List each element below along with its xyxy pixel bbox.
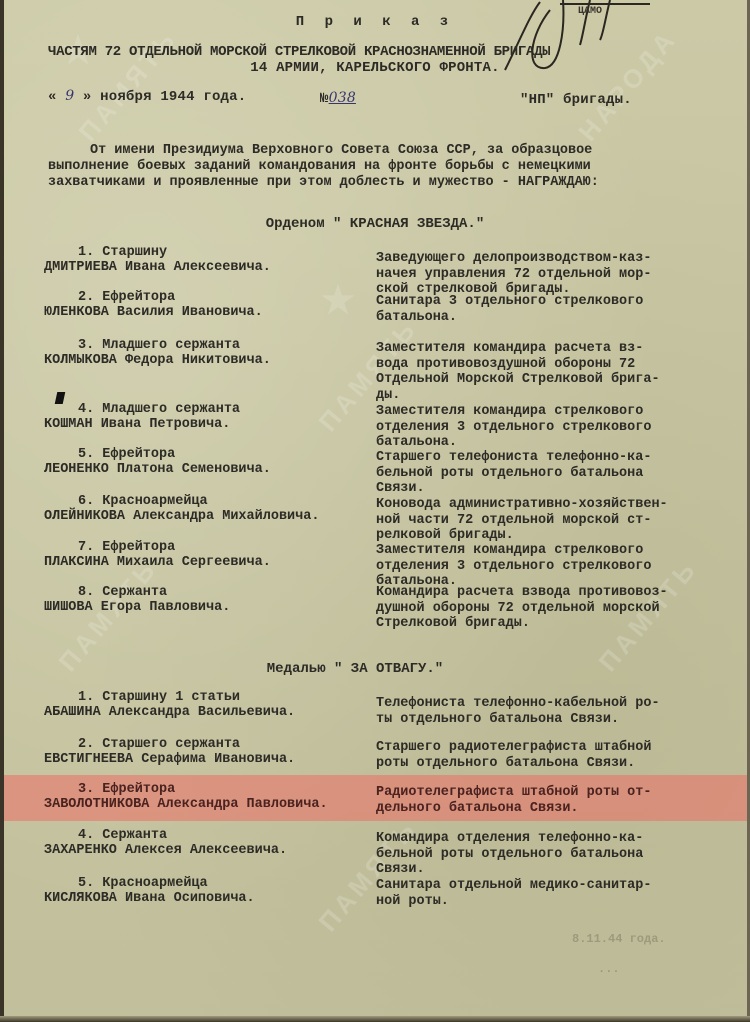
entry-rank: 7. Ефрейтора [78, 540, 175, 556]
position-line: релковой бригады. [376, 528, 726, 544]
entry-rank: 6. Красноармейца [78, 494, 208, 510]
position-line: Санитара отдельной медико-санитар- [376, 878, 726, 894]
entry-rank: 1. Старшину 1 статьи [78, 690, 240, 706]
entry-name: ШИШОВА Егора Павловича. [44, 600, 230, 616]
entry-rank: 3. Младшего сержанта [78, 338, 240, 354]
entry-rank: 5. Красноармейца [78, 876, 208, 892]
entry-rank: 1. Старшину [78, 245, 167, 261]
page-edge-bottom [0, 1016, 750, 1022]
entry-rank: 5. Ефрейтора [78, 447, 175, 463]
position-line: батальона. [376, 310, 726, 326]
entry-name: ДМИТРИЕВА Ивана Алексеевича. [44, 260, 271, 276]
entry-rank: 4. Сержанта [78, 828, 167, 844]
order-date: « 9 » ноября 1944 года. [48, 88, 246, 105]
preamble-line: выполнение боевых заданий командования н… [48, 159, 728, 175]
entry-rank: 4. Младшего сержанта [78, 402, 240, 418]
ink-mark [55, 392, 66, 404]
entry-name: ЗАХАРЕНКО Алексея Алексеевича. [44, 843, 287, 859]
position-line: Заместителя командира стрелкового [376, 543, 726, 559]
position-line: ной роты. [376, 894, 726, 910]
position-line: Стрелковой бригады. [376, 616, 726, 632]
entry-rank: 3. Ефрейтора [78, 782, 175, 798]
entry-position: Заведующего делопроизводством-каз- начея… [376, 251, 726, 298]
position-line: отделения 3 отдельного стрелкового [376, 420, 726, 436]
watermark-star-icon: ★ [320, 260, 356, 334]
entry-position: Санитара отдельной медико-санитар- ной р… [376, 878, 726, 909]
preamble-line: От имени Президиума Верховного Совета Со… [48, 143, 728, 159]
page-edge-left [0, 0, 4, 1022]
date-day: 9 [65, 88, 74, 104]
position-line: роты отдельного батальона Связи. [376, 756, 726, 772]
position-line: Командира расчета взвода противовоз- [376, 585, 726, 601]
section-heading-red-star: Орденом " КРАСНАЯ ЗВЕЗДА." [0, 216, 750, 232]
entry-position: Коновода административно-хозяйствен- ной… [376, 497, 726, 544]
position-line: Старшего телефониста телефонно-ка- [376, 450, 726, 466]
entry-position: Телефониста телефонно-кабельной ро- ты о… [376, 696, 726, 727]
position-line: Санитара 3 отдельного стрелкового [376, 294, 726, 310]
entry-name: КОЛМЫКОВА Федора Никитовича. [44, 353, 271, 369]
position-line: Коновода административно-хозяйствен- [376, 497, 726, 513]
position-line: Заведующего делопроизводством-каз- [376, 251, 726, 267]
position-line: Заместителя командира стрелкового [376, 404, 726, 420]
position-line: отделения 3 отдельного стрелкового [376, 559, 726, 575]
position-line: дельного батальона Связи. [376, 801, 726, 817]
brigade-label: "НП" бригады. [520, 92, 632, 108]
faint-bleedthrough-text: 8.11.44 года. [572, 932, 666, 946]
entry-position: Заместителя командира стрелкового отделе… [376, 404, 726, 451]
archive-document-page: ★ ПАМЯТЬ НАРОДА ★ ПАМЯТЬ ПАМЯТЬ ПАМЯТЬ П… [0, 0, 750, 1022]
watermark-text: ПАМЯТЬ [72, 23, 183, 147]
position-line: Связи. [376, 481, 726, 497]
position-line: Телефониста телефонно-кабельной ро- [376, 696, 726, 712]
position-line: душной обороны 72 отдельной морской [376, 601, 726, 617]
position-line: бельной роты отдельного батальона [376, 466, 726, 482]
faint-bleedthrough-text: ... [598, 962, 620, 976]
position-line: Связи. [376, 862, 726, 878]
position-line: ты отдельного батальона Связи. [376, 712, 726, 728]
position-line: Радиотелеграфиста штабной роты от- [376, 785, 726, 801]
stamp-underline [560, 3, 650, 5]
entry-name: ПЛАКСИНА Михаила Сергеевича. [44, 555, 271, 571]
position-line: ной части 72 отдельной морской ст- [376, 513, 726, 529]
entry-rank: 2. Старшего сержанта [78, 737, 240, 753]
entry-rank: 2. Ефрейтора [78, 290, 175, 306]
unit-line-2: 14 АРМИИ, КАРЕЛЬСКОГО ФРОНТА. [0, 60, 750, 76]
order-number: №038 [320, 90, 356, 107]
entry-position: Командира расчета взвода противовоз- душ… [376, 585, 726, 632]
position-line: вода противовоздушной обороны 72 [376, 357, 726, 373]
watermark-text: ПАМЯТЬ [52, 553, 163, 677]
entry-position: Санитара 3 отдельного стрелкового баталь… [376, 294, 726, 325]
entry-name: КИСЛЯКОВА Ивана Осиповича. [44, 891, 255, 907]
entry-position: Заместителя командира расчета вз- вода п… [376, 341, 726, 403]
entry-rank: 8. Сержанта [78, 585, 167, 601]
unit-line-1: ЧАСТЯМ 72 ОТДЕЛЬНОЙ МОРСКОЙ СТРЕЛКОВОЙ К… [48, 44, 550, 60]
position-line: Командира отделения телефонно-ка- [376, 831, 726, 847]
preamble-line: захватчиками и проявленные при этом добл… [48, 175, 728, 191]
entry-name: ЮЛЕНКОВА Василия Ивановича. [44, 305, 263, 321]
entry-position: Радиотелеграфиста штабной роты от- дельн… [376, 785, 726, 816]
date-month-year: ноября 1944 года. [100, 89, 246, 105]
entry-position: Заместителя командира стрелкового отделе… [376, 543, 726, 590]
position-line: Заместителя командира расчета вз- [376, 341, 726, 357]
document-title: П р и к а з [0, 14, 750, 30]
entry-name: АБАШИНА Александра Васильевича. [44, 705, 295, 721]
position-line: Отдельной Морской Стрелковой брига- [376, 372, 726, 388]
entry-position: Старшего телефониста телефонно-ка- бельн… [376, 450, 726, 497]
position-line: начея управления 72 отдельной мор- [376, 267, 726, 283]
entry-name: ЛЕОНЕНКО Платона Семеновича. [44, 462, 271, 478]
number-sign: № [320, 91, 329, 107]
entry-name: ОЛЕЙНИКОВА Александра Михайловича. [44, 509, 319, 525]
position-line: бельной роты отдельного батальона [376, 847, 726, 863]
entry-position: Старшего радиотелеграфиста штабной роты … [376, 740, 726, 771]
entry-name: ЗАВОЛОТНИКОВА Александра Павловича. [44, 797, 328, 813]
order-number-value: 038 [329, 90, 356, 106]
position-line: батальона. [376, 435, 726, 451]
entry-name: ЕВСТИГНЕЕВА Серафима Ивановича. [44, 752, 295, 768]
position-line: ды. [376, 388, 726, 404]
entry-name: КОШМАН Ивана Петровича. [44, 417, 230, 433]
entry-position: Командира отделения телефонно-ка- бельно… [376, 831, 726, 878]
section-heading-for-courage: Медалью " ЗА ОТВАГУ." [0, 661, 730, 677]
position-line: Старшего радиотелеграфиста штабной [376, 740, 726, 756]
preamble: От имени Президиума Верховного Совета Со… [48, 143, 728, 191]
